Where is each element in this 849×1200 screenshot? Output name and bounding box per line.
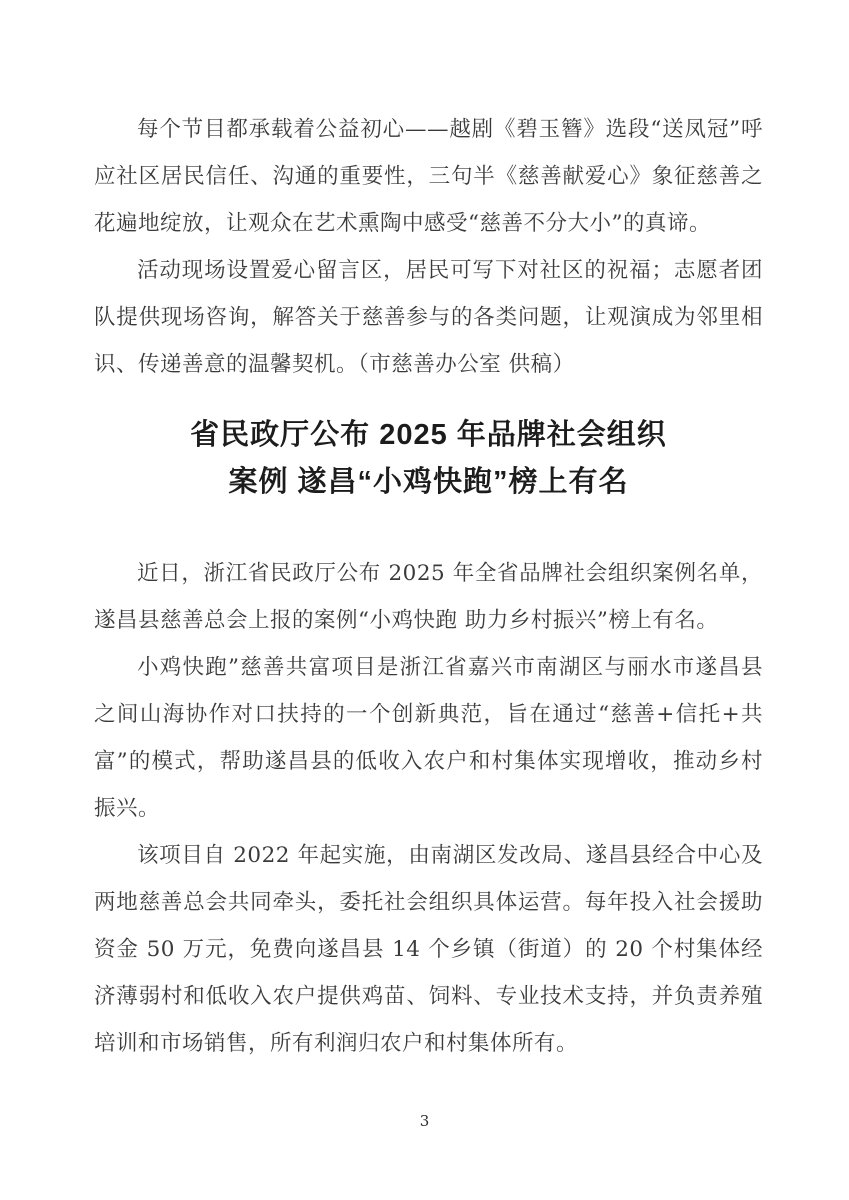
intro-paragraph-2: 活动现场设置爱心留言区，居民可写下对社区的祝福；志愿者团队提供现场咨询，解答关于… bbox=[94, 247, 763, 388]
intro-paragraph-1: 每个节目都承载着公益初心——越剧《碧玉簪》选段“送凤冠”呼应社区居民信任、沟通的… bbox=[94, 106, 763, 247]
article-title: 省民政厅公布 2025 年品牌社会组织 案例 遂昌“小鸡快跑”榜上有名 bbox=[94, 412, 763, 506]
page-content: 每个节目都承载着公益初心——越剧《碧玉簪》选段“送凤冠”呼应社区居民信任、沟通的… bbox=[0, 0, 849, 1067]
article-paragraph-2: 小鸡快跑”慈善共富项目是浙江省嘉兴市南湖区与丽水市遂昌县之间山海协作对口扶持的一… bbox=[94, 644, 763, 832]
article-paragraph-3: 该项目自 2022 年起实施，由南湖区发改局、遂昌县经合中心及两地慈善总会共同牵… bbox=[94, 832, 763, 1067]
page-number: 3 bbox=[0, 1112, 849, 1130]
document-page: 每个节目都承载着公益初心——越剧《碧玉簪》选段“送凤冠”呼应社区居民信任、沟通的… bbox=[0, 0, 849, 1200]
article-paragraph-1: 近日，浙江省民政厅公布 2025 年全省品牌社会组织案例名单，遂昌县慈善总会上报… bbox=[94, 550, 763, 644]
article-title-line-2: 案例 遂昌“小鸡快跑”榜上有名 bbox=[94, 459, 763, 506]
article-title-line-1: 省民政厅公布 2025 年品牌社会组织 bbox=[94, 412, 763, 459]
